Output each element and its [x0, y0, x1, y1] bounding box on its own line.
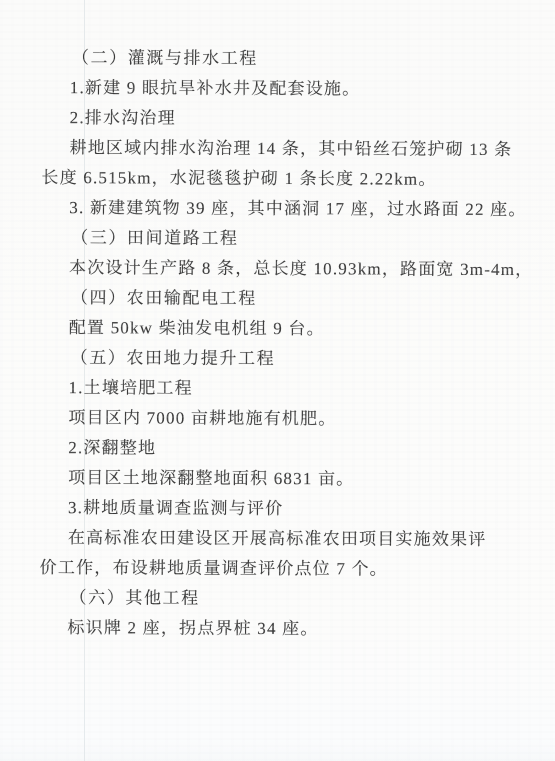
- text-line: 长度 6.515km，水泥毯毯护砌 1 条长度 2.22km。: [41, 163, 523, 195]
- text-line: 3. 新建建筑物 39 座，其中涵洞 17 座，过水路面 22 座。: [69, 193, 523, 225]
- text-line: 在高标准农田建设区开展高标准农田项目实施效果评: [68, 523, 522, 555]
- text-line: 3.耕地质量调查监测与评价: [68, 493, 522, 525]
- text-line: 2.排水沟治理: [70, 103, 524, 135]
- text-line: 耕地区域内排水沟治理 14 条，其中铅丝石笼护砌 13 条: [69, 133, 523, 165]
- text-line: 1.新建 9 眼抗旱补水井及配套设施。: [70, 73, 524, 105]
- section-heading-field-roads: （三）田间道路工程: [71, 223, 523, 255]
- text-line: 标识牌 2 座，拐点界桩 34 座。: [67, 613, 521, 645]
- text-line: 配置 50kw 柴油发电机组 9 台。: [69, 313, 523, 345]
- document-body: （二）灌溉与排水工程 1.新建 9 眼抗旱补水井及配套设施。 2.排水沟治理 耕…: [39, 43, 524, 645]
- section-heading-irrigation-drainage: （二）灌溉与排水工程: [72, 43, 524, 75]
- section-heading-soil-improvement: （五）农田地力提升工程: [71, 343, 523, 375]
- section-heading-power-supply: （四）农田输配电工程: [71, 283, 523, 315]
- text-line: 价工作，布设耕地质量调查评价点位 7 个。: [40, 553, 522, 585]
- text-line: 项目区内 7000 亩耕地施有机肥。: [68, 403, 522, 435]
- text-line: 项目区土地深翻整地面积 6831 亩。: [68, 463, 522, 495]
- section-heading-other-works: （六）其他工程: [70, 583, 522, 615]
- document-page: （二）灌溉与排水工程 1.新建 9 眼抗旱补水井及配套设施。 2.排水沟治理 耕…: [0, 0, 555, 761]
- text-line: 1.土壤培肥工程: [68, 373, 522, 405]
- text-line: 2.深翻整地: [68, 433, 522, 465]
- text-line: 本次设计生产路 8 条，总长度 10.93km，路面宽 3m-4m，: [69, 253, 523, 285]
